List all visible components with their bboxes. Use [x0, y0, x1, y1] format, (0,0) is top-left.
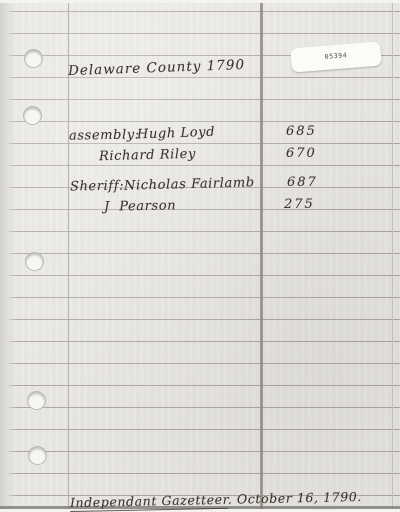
binder-hole: [25, 252, 44, 271]
binder-hole: [24, 49, 43, 68]
binder-hole: [23, 106, 42, 125]
page-left-edge: [0, 3, 16, 509]
citation-source: Independant Gazetteer: [70, 492, 228, 512]
page-title: Delaware County 1790: [68, 57, 246, 79]
candidate-name: Richard Riley: [99, 147, 196, 165]
vote-count: 685: [286, 124, 317, 139]
center-fold-line: [260, 3, 263, 509]
vote-count: 275: [284, 197, 315, 212]
office-label-sheriff: Sheriff:: [70, 179, 124, 195]
citation-date: . October 16, 1790.: [228, 489, 362, 507]
binder-hole: [28, 446, 47, 465]
binder-hole: [27, 391, 46, 410]
notebook-paper: 05394 Delaware County 1790 assembly: Hug…: [0, 3, 400, 509]
vote-count: 687: [287, 175, 318, 190]
page-right-edge: [392, 3, 393, 509]
scanned-document: 05394 Delaware County 1790 assembly: Hug…: [0, 0, 400, 512]
catalog-number: 05394: [324, 51, 347, 61]
catalog-sticker: 05394: [290, 42, 382, 73]
vote-count: 670: [286, 146, 317, 161]
office-label-assembly: assembly:: [69, 127, 140, 143]
candidate-name: J Pearson: [104, 198, 176, 214]
candidate-name: Nicholas Fairlamb: [124, 175, 255, 193]
candidate-name: Hugh Loyd: [137, 125, 216, 143]
